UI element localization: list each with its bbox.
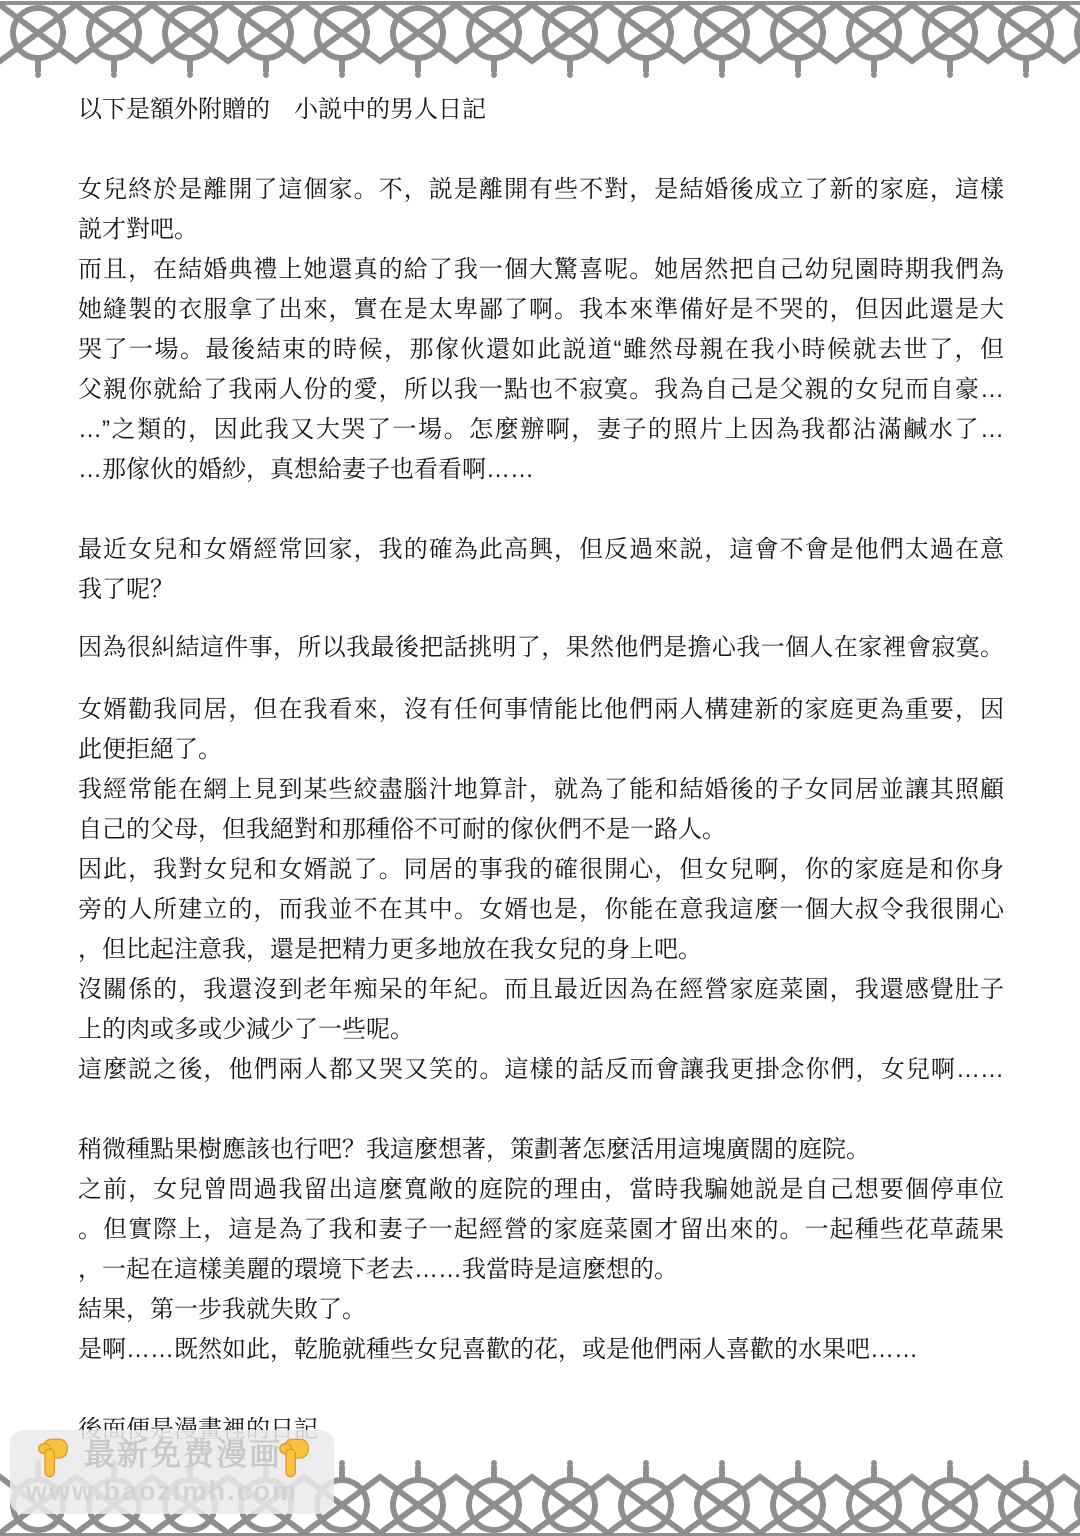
- diary-line: 因此，我對女兒和女婿説了。同居的事我的確很開心，但女兒啊，你的家庭是和你身: [78, 850, 1004, 890]
- diary-line: 因為很糾結這件事，所以我最後把話挑明了，果然他們是擔心我一個人在家裡會寂寞。: [78, 628, 1004, 668]
- page-title: 以下是額外附贈的 小説中的男人日記: [78, 90, 1004, 130]
- diary-text: 以下是額外附贈的 小説中的男人日記 女兒終於是離開了這個家。不，説是離開有些不對…: [78, 90, 1004, 1450]
- diary-line: …那傢伙的婚紗，真想給妻子也看看啊……: [78, 450, 1004, 490]
- watermark-url-text: www.baozimh.com: [26, 1476, 336, 1506]
- pointing-down-finger-icon: [37, 1437, 69, 1479]
- diary-line: 説才對吧。: [78, 210, 1004, 250]
- diary-line: 我經常能在網上見到某些絞盡腦汁地算計，就為了能和結婚後的子女同居並讓其照顧: [78, 770, 1004, 810]
- manga-text-page: 以下是額外附贈的 小説中的男人日記 女兒終於是離開了這個家。不，説是離開有些不對…: [0, 0, 1080, 1536]
- diary-line: 。但實際上，這是為了我和妻子一起經營的家庭菜園才留出來的。一起種些花草蔬果: [78, 1210, 1004, 1250]
- diary-line: 這麼説之後，他們兩人都又哭又笑的。這樣的話反而會讓我更掛念你們，女兒啊……: [78, 1050, 1004, 1090]
- diary-line: 自己的父母，但我絕對和那種俗不可耐的傢伙們不是一路人。: [78, 810, 1004, 850]
- pointing-down-finger-icon: [278, 1437, 310, 1479]
- diary-line: 哭了一場。最後結束的時候，那傢伙還如此説道“雖然母親在我小時候就去世了，但: [78, 330, 1004, 370]
- diary-line: 女婿勸我同居，但在我看來，沒有任何事情能比他們兩人構建新的家庭更為重要，因: [78, 690, 1004, 730]
- diary-line: 是啊……既然如此，乾脆就種些女兒喜歡的花，或是他們兩人喜歡的水果吧……: [78, 1330, 1004, 1370]
- diary-line: 女兒終於是離開了這個家。不，説是離開有些不對，是結婚後成立了新的家庭，這樣: [78, 170, 1004, 210]
- diary-line: 而且，在結婚典禮上她還真的給了我一個大驚喜呢。她居然把自己幼兒園時期我們為: [78, 250, 1004, 290]
- diary-line: 之前，女兒曾問過我留出這麼寬敞的庭院的理由，當時我騙她説是自己想要個停車位: [78, 1170, 1004, 1210]
- diary-line: ，一起在這樣美麗的環境下老去……我當時是這麼想的。: [78, 1250, 1004, 1290]
- diary-line: 此便拒絕了。: [78, 730, 1004, 770]
- diary-line: ，但比起注意我，還是把精力更多地放在我女兒的身上吧。: [78, 930, 1004, 970]
- diary-line: 結果，第一步我就失敗了。: [78, 1290, 1004, 1330]
- diary-line: 她縫製的衣服拿了出來，實在是太卑鄙了啊。我本來準備好是不哭的，但因此還是大: [78, 290, 1004, 330]
- diary-line: 我了呢？: [78, 570, 1004, 610]
- diary-line: 稍微種點果樹應該也行吧？我這麼想著，策劃著怎麼活用這塊廣闊的庭院。: [78, 1130, 1004, 1170]
- diary-line: 上的肉或多或少減少了一些呢。: [78, 1010, 1004, 1050]
- lace-border-top-decoration: [0, 0, 1080, 80]
- diary-line: 父親你就給了我兩人份的愛，所以我一點也不寂寞。我為自己是父親的女兒而自豪…: [78, 370, 1004, 410]
- diary-line: 沒關係的，我還沒到老年痴呆的年紀。而且最近因為在經營家庭菜園，我還感覺肚子: [78, 970, 1004, 1010]
- diary-line: 最近女兒和女婿經常回家，我的確為此高興，但反過來説，這會不會是他們太過在意: [78, 530, 1004, 570]
- diary-line: 旁的人所建立的，而我並不在其中。女婿也是，你能在意我這麼一個大叔令我很開心: [78, 890, 1004, 930]
- diary-line: …”之類的，因此我又大哭了一場。怎麼辦啊，妻子的照片上因為我都沾滿鹹水了…: [78, 410, 1004, 450]
